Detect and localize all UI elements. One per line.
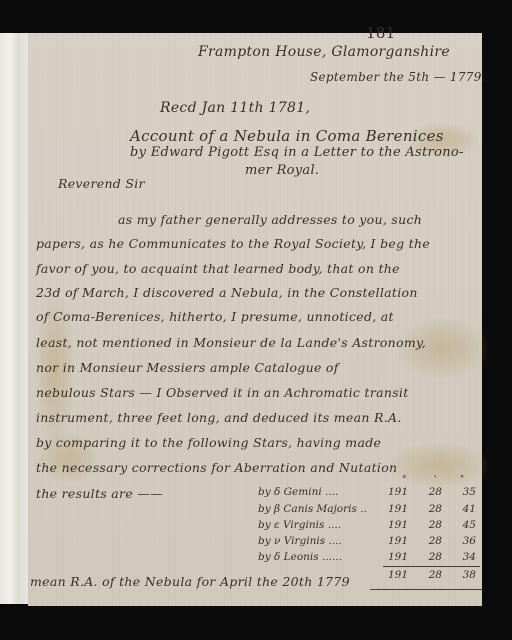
body-line: of Coma-Berenices, hitherto, I presume, … (36, 309, 394, 324)
body-line: least, not mentioned in Monsieur de la L… (36, 335, 426, 350)
title-line-2: by Edward Pigott Esq in a Letter to the … (130, 145, 464, 160)
body-line: the necessary corrections for Aberration… (36, 460, 397, 475)
unit-minutes: ' (434, 475, 436, 485)
table-row: by ε Virginis ....1912845 (258, 519, 476, 531)
body-line: instrument, three feet long, and deduced… (36, 410, 402, 425)
closing-line: mean R.A. of the Nebula for April the 20… (30, 574, 350, 589)
table-row: by δ Leonis ......1912834 (258, 551, 476, 563)
binding-strip (0, 33, 30, 604)
unit-seconds: " (460, 475, 464, 485)
date-line: September the 5th — 1779. (310, 70, 486, 84)
body-line: the results are —— (36, 486, 163, 501)
body-line: nebulous Stars — I Observed it in an Ach… (36, 385, 409, 400)
unit-degrees: ° (402, 475, 407, 485)
body-line: 23d of March, I discovered a Nebula, in … (36, 285, 418, 300)
closing-underline (370, 589, 482, 590)
table-row: by δ Gemini ....1912835 (258, 486, 476, 498)
title-line-1: Account of a Nebula in Coma Berenices (130, 127, 444, 145)
sum-rule (383, 566, 480, 567)
body-line: favor of you, to acquaint that learned b… (36, 261, 400, 276)
folio-number: 181 (366, 24, 396, 42)
body-line: nor in Monsieur Messiers ample Catalogue… (36, 360, 339, 375)
table-row: by ν Virginis ....1912836 (258, 535, 476, 547)
body-line: by comparing it to the following Stars, … (36, 435, 381, 450)
address-line: Frampton House, Glamorganshire (198, 44, 450, 60)
salutation: Reverend Sir (58, 176, 145, 191)
table-row: by β Canis Majoris ..1912841 (258, 503, 476, 515)
received-note: Recd Jan 11th 1781, (160, 100, 310, 116)
body-line: papers, as he Communicates to the Royal … (36, 236, 430, 251)
title-line-3: mer Royal. (245, 163, 319, 178)
body-line: as my father generally addresses to you,… (118, 212, 422, 227)
